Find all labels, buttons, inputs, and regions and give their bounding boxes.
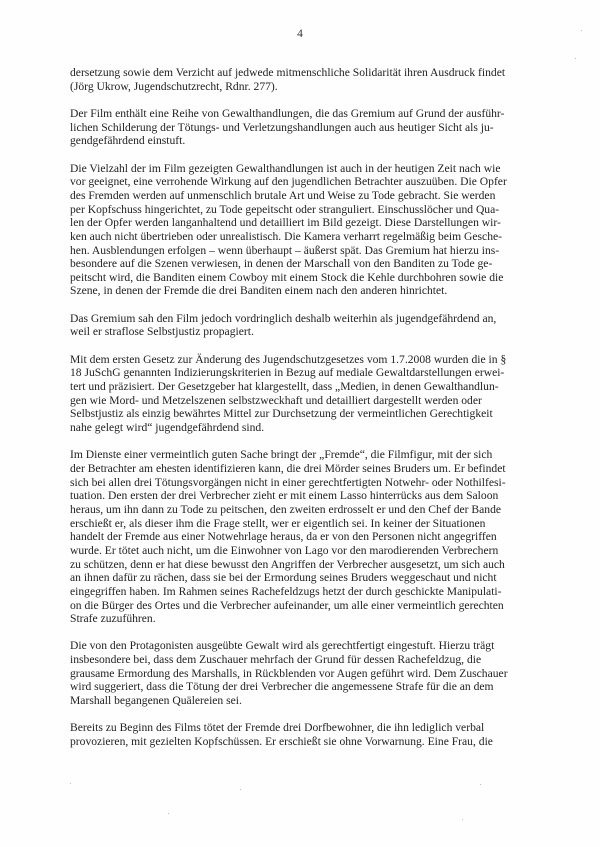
text-line: (Jörg Ukrow, Jugendschutzrecht, Rdnr. 27… (70, 80, 530, 94)
text-line: per Kopfschuss hingerichtet, zu Tode gep… (70, 203, 530, 217)
text-line: Die Vielzahl der im Film gezeigten Gewal… (70, 162, 530, 176)
scan-speck (581, 30, 582, 31)
paragraph-7: Die von den Protagonisten ausgeübte Gewa… (70, 639, 530, 707)
text-line: Der Film enthält eine Reihe von Gewaltha… (70, 107, 530, 121)
text-line: wurde. Er tötet auch nicht, um die Einwo… (70, 544, 530, 558)
scan-speck (462, 819, 463, 820)
text-line: provozieren, mit gezielten Kopfschüssen.… (70, 735, 530, 749)
scan-speck (168, 813, 169, 814)
text-line: Das Gremium sah den Film jedoch vordring… (70, 312, 530, 326)
text-line: Bereits zu Beginn des Films tötet der Fr… (70, 721, 530, 735)
paragraph-3: Die Vielzahl der im Film gezeigten Gewal… (70, 162, 530, 299)
text-line: Mit dem ersten Gesetz zur Änderung des J… (70, 353, 530, 367)
scan-speck (240, 789, 241, 790)
text-line: besondere auf die Szenen verwiesen, in d… (70, 257, 530, 271)
text-line: Im Dienste einer vermeintlich guten Sach… (70, 448, 530, 462)
text-line: heraus, um ihn dann zu Tode zu peitschen… (70, 503, 530, 517)
text-line: Marshall begangenen Quälereien sei. (70, 694, 530, 708)
text-line: eingegriffen haben. Im Rahmen seines Rac… (70, 585, 530, 599)
document-page: 4 dersetzung sowie dem Verzicht auf jedw… (0, 0, 600, 847)
text-line: der Betrachter am ehesten identifizieren… (70, 462, 530, 476)
paragraph-5: Mit dem ersten Gesetz zur Änderung des J… (70, 353, 530, 435)
paragraph-8: Bereits zu Beginn des Films tötet der Fr… (70, 721, 530, 748)
text-line: 18 JuSchG genannten Indizierungskriterie… (70, 366, 530, 380)
text-line: des Fremden werden auf unmenschlich brut… (70, 189, 530, 203)
text-line: nahe gelegt wird“ jugendgefährdend sind. (70, 421, 530, 435)
scan-speck (575, 58, 576, 59)
text-line: an ihnen dafür zu rächen, dass sie bei d… (70, 571, 530, 585)
text-line: len der Opfer werden langanhaltend und d… (70, 216, 530, 230)
text-line: wird suggeriert, dass die Tötung der dre… (70, 680, 530, 694)
text-line: tert und präzisiert. Der Gesetzgeber hat… (70, 380, 530, 394)
text-line: lichen Schilderung der Tötungs- und Verl… (70, 121, 530, 135)
body-text: dersetzung sowie dem Verzicht auf jedwed… (70, 66, 530, 762)
text-line: sich bei allen drei Tötungsvorgängen nic… (70, 476, 530, 490)
paragraph-2: Der Film enthält eine Reihe von Gewaltha… (70, 107, 530, 148)
text-line: Strafe zuzuführen. (70, 612, 530, 626)
text-line: gen wie Mord- und Metzelszenen selbstzwe… (70, 394, 530, 408)
text-line: Szene, in denen der Fremde die drei Band… (70, 284, 530, 298)
text-line: vor geeignet, eine verrohende Wirkung au… (70, 175, 530, 189)
scan-speck (70, 783, 71, 784)
text-line: grausame Ermordung des Marshalls, in Rüc… (70, 667, 530, 681)
page-number: 4 (0, 28, 600, 40)
paragraph-6: Im Dienste einer vermeintlich guten Sach… (70, 448, 530, 626)
text-line: Selbstjustiz als einzig bewährtes Mittel… (70, 407, 530, 421)
text-line: handelt der Fremde aus einer Notwehrlage… (70, 530, 530, 544)
text-line: peitscht wird, die Banditen einem Cowboy… (70, 271, 530, 285)
text-line: ken auch nicht übertrieben oder unrealis… (70, 230, 530, 244)
paragraph-4: Das Gremium sah den Film jedoch vordring… (70, 312, 530, 339)
text-line: zu schützen, denn er hat diese bewusst d… (70, 558, 530, 572)
text-line: dersetzung sowie dem Verzicht auf jedwed… (70, 66, 530, 80)
text-line: gendgefährdend einstuft. (70, 134, 530, 148)
text-line: Die von den Protagonisten ausgeübte Gewa… (70, 639, 530, 653)
text-line: insbesondere bei, dass dem Zuschauer meh… (70, 653, 530, 667)
text-line: hen. Ausblendungen erfolgen – wenn überh… (70, 244, 530, 258)
paragraph-1: dersetzung sowie dem Verzicht auf jedwed… (70, 66, 530, 93)
text-line: on die Bürger des Ortes und die Verbrech… (70, 599, 530, 613)
text-line: erschießt er, als dieser ihm die Frage s… (70, 517, 530, 531)
text-line: weil er straflose Selbstjustiz propagier… (70, 325, 530, 339)
text-line: tuation. Den ersten der drei Verbrecher … (70, 489, 530, 503)
scan-speck (480, 784, 481, 785)
